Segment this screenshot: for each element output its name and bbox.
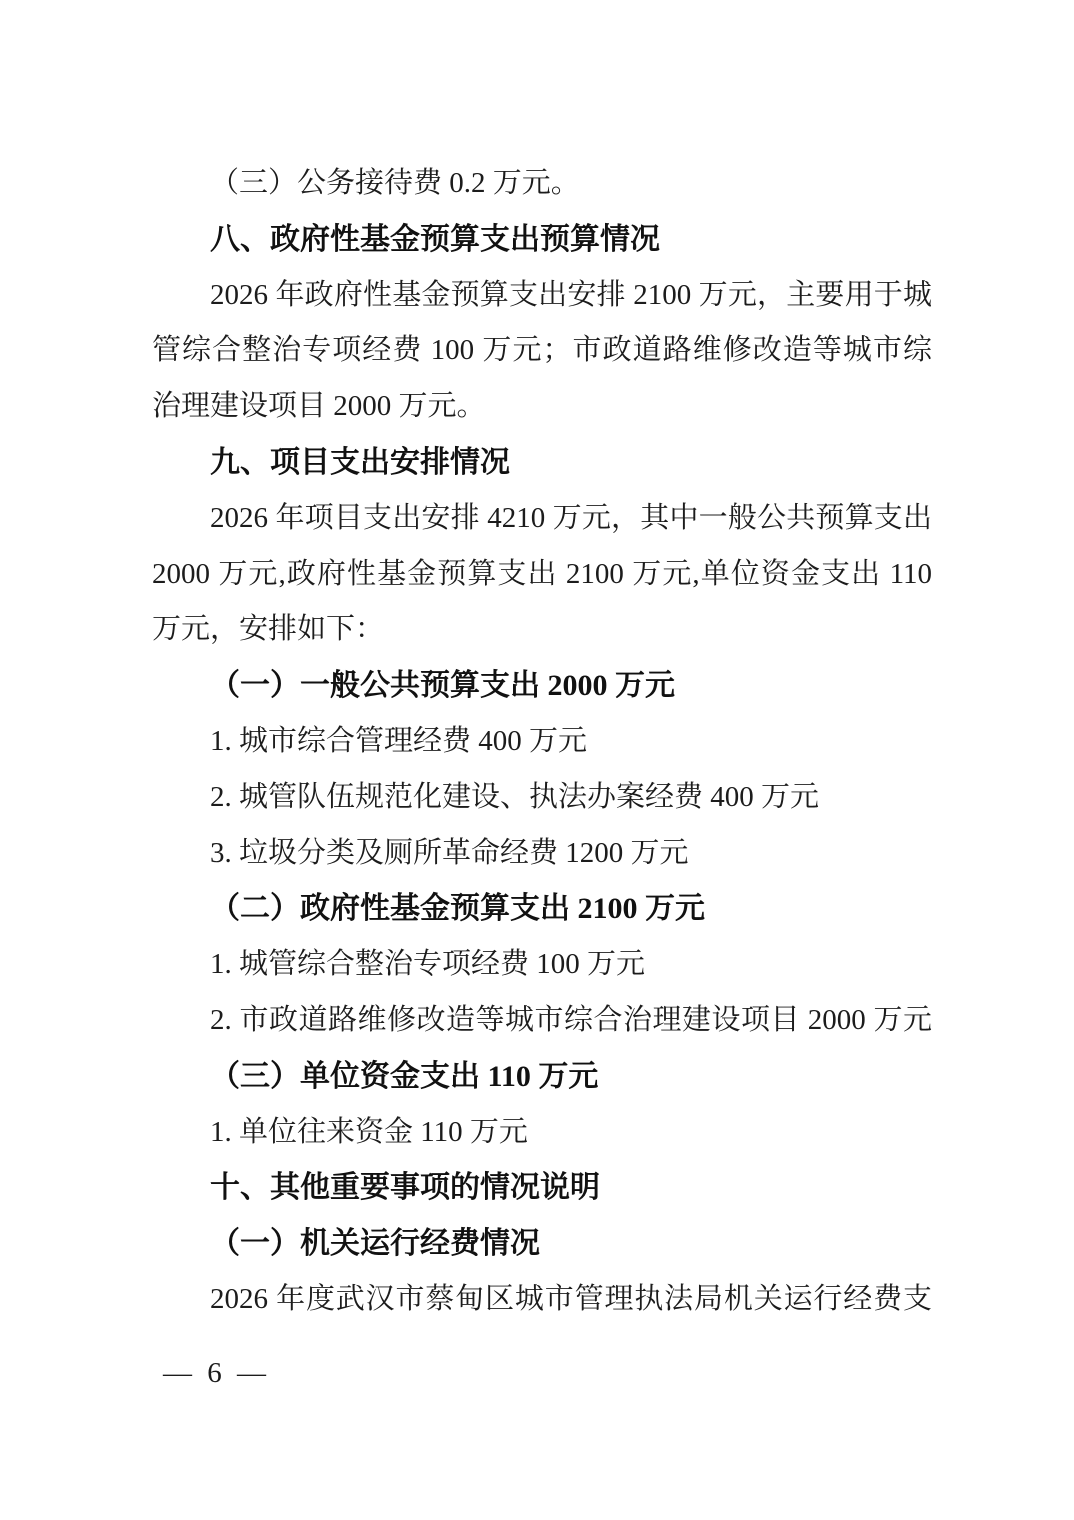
sub-heading: （三）单位资金支出 110 万元 bbox=[152, 1049, 932, 1105]
sub-heading: （一）一般公共预算支出 2000 万元 bbox=[152, 658, 932, 714]
list-item: 3. 垃圾分类及厕所革命经费 1200 万元 bbox=[152, 826, 932, 882]
body-line: 2026 年政府性基金预算支出安排 2100 万元，主要用于城 bbox=[152, 268, 932, 324]
list-item: 1. 城市综合管理经费 400 万元 bbox=[152, 714, 932, 770]
page-number: — 6 — bbox=[163, 1346, 270, 1402]
body-line: 万元，安排如下： bbox=[152, 602, 932, 658]
body-line: 管综合整治专项经费 100 万元；市政道路维修改造等城市综合 bbox=[152, 323, 932, 379]
body-line: 治理建设项目 2000 万元。 bbox=[152, 379, 932, 435]
list-item: 2. 市政道路维修改造等城市综合治理建设项目 2000 万元 bbox=[152, 993, 932, 1049]
body-line: 2026 年度武汉市蔡甸区城市管理执法局机关运行经费支 bbox=[152, 1272, 932, 1328]
list-item: 1. 单位往来资金 110 万元 bbox=[152, 1105, 932, 1161]
list-item: 1. 城管综合整治专项经费 100 万元 bbox=[152, 937, 932, 993]
section-heading: 十、其他重要事项的情况说明 bbox=[152, 1160, 932, 1216]
body-line: 2000 万元,政府性基金预算支出 2100 万元,单位资金支出 110 bbox=[152, 547, 932, 603]
body-line: （三）公务接待费 0.2 万元。 bbox=[152, 156, 932, 212]
document-body: （三）公务接待费 0.2 万元。 八、政府性基金预算支出预算情况 2026 年政… bbox=[152, 156, 932, 1328]
list-item: 2. 城管队伍规范化建设、执法办案经费 400 万元 bbox=[152, 770, 932, 826]
sub-heading: （二）政府性基金预算支出 2100 万元 bbox=[152, 881, 932, 937]
sub-heading: （一）机关运行经费情况 bbox=[152, 1216, 932, 1272]
section-heading: 九、项目支出安排情况 bbox=[152, 435, 932, 491]
section-heading: 八、政府性基金预算支出预算情况 bbox=[152, 212, 932, 268]
body-line: 2026 年项目支出安排 4210 万元，其中一般公共预算支出 bbox=[152, 491, 932, 547]
document-page: （三）公务接待费 0.2 万元。 八、政府性基金预算支出预算情况 2026 年政… bbox=[0, 0, 1074, 1520]
